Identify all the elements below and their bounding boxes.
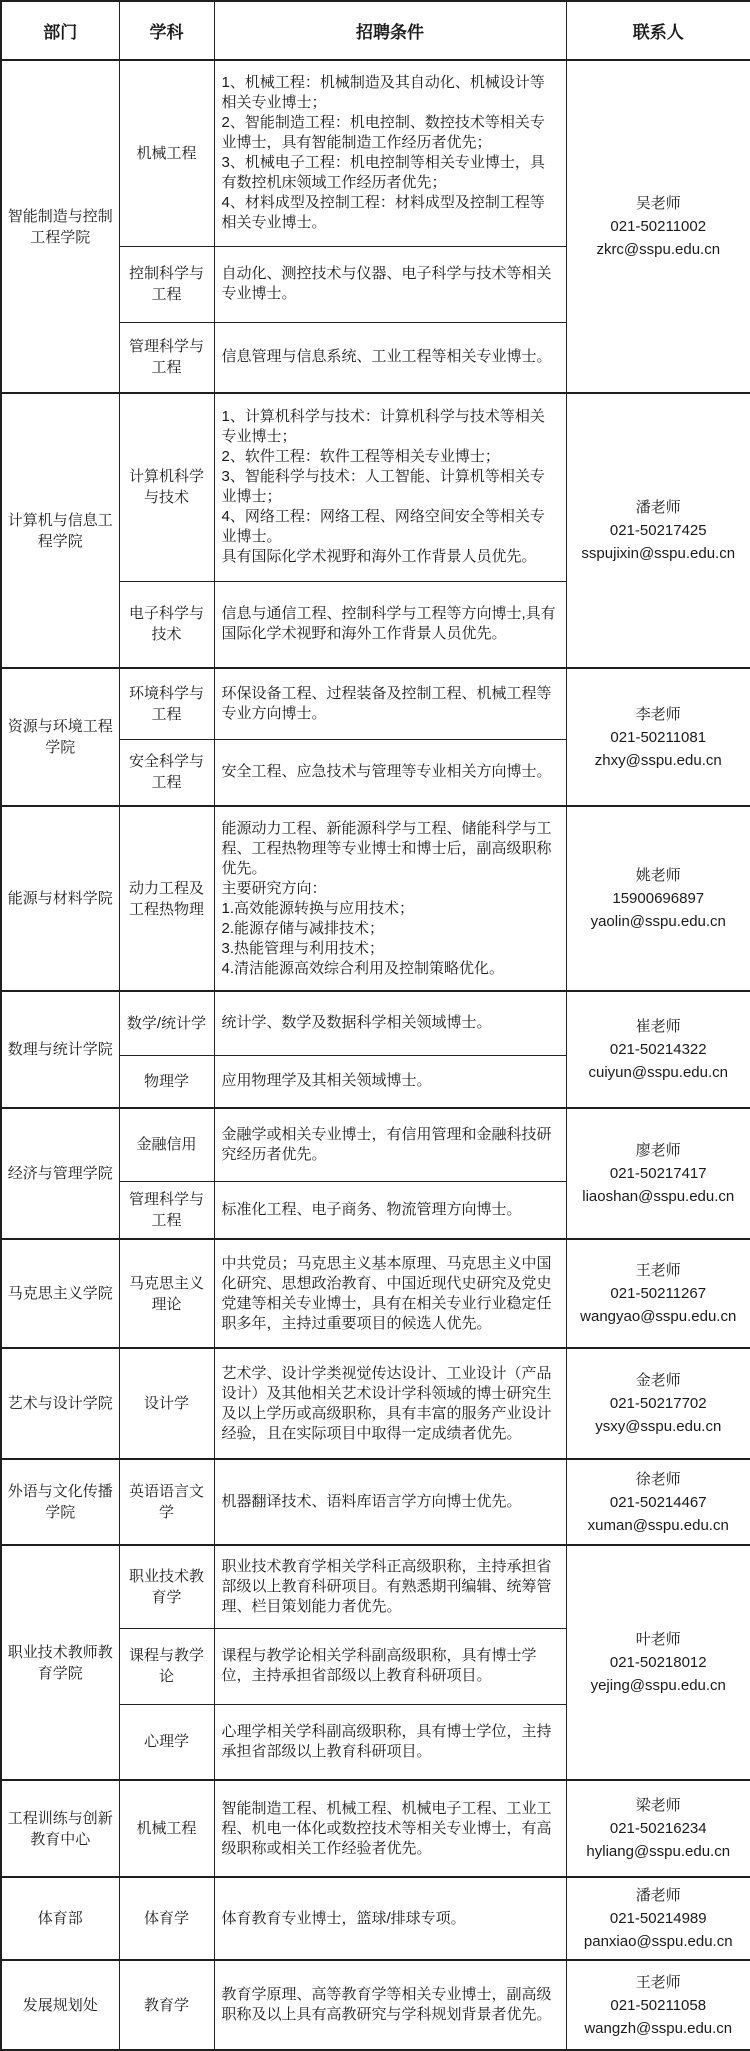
table-row: 经济与管理学院 金融信用 金融学或相关专业博士，有信用管理和金融科技研究经历者优… <box>1 1108 750 1181</box>
table-row: 工程训练与创新教育中心 机械工程 智能制造工程、机械工程、机械电子工程、工业工程… <box>1 1780 750 1877</box>
contact-name: 金老师 <box>570 1369 748 1392</box>
contact-phone: 021-50211267 <box>570 1282 748 1305</box>
contact-email: wangyao@sspu.edu.cn <box>570 1305 748 1328</box>
department-cell: 职业技术教师教育学院 <box>1 1545 119 1780</box>
discipline-cell: 动力工程及工程热物理 <box>119 806 214 991</box>
requirements-cell: 统计学、数学及数据科学相关领域博士。 <box>214 991 566 1055</box>
contact-phone: 021-50214322 <box>570 1038 748 1061</box>
requirements-cell: 1、机械工程：机械制造及其自动化、机械设计等相关专业博士； 2、智能制造工程：机… <box>214 60 566 246</box>
requirements-cell: 课程与教学论相关学科副高级职称，具有博士学位，主持承担省部级以上教育科研项目。 <box>214 1628 566 1704</box>
contact-cell: 王老师 021-50211058 wangzh@sspu.edu.cn <box>566 1960 750 2050</box>
contact-name: 李老师 <box>570 703 748 726</box>
contact-email: cuiyun@sspu.edu.cn <box>570 1061 748 1084</box>
contact-name: 叶老师 <box>570 1628 748 1651</box>
col-header-department: 部门 <box>1 1 119 60</box>
table-row: 体育部 体育学 体育教育专业博士，篮球/排球专项。 潘老师 021-502149… <box>1 1877 750 1960</box>
header-row: 部门 学科 招聘条件 联系人 <box>1 1 750 60</box>
contact-name: 梁老师 <box>570 1794 748 1817</box>
col-header-discipline: 学科 <box>119 1 214 60</box>
requirements-cell: 环保设备工程、过程装备及控制工程、机械工程等专业方向博士。 <box>214 668 566 739</box>
discipline-cell: 安全科学与工程 <box>119 739 214 806</box>
contact-phone: 021-50214467 <box>570 1491 748 1514</box>
department-cell: 发展规划处 <box>1 1960 119 2050</box>
contact-phone: 021-50211081 <box>570 726 748 749</box>
requirements-cell: 体育教育专业博士，篮球/排球专项。 <box>214 1877 566 1960</box>
col-header-contact: 联系人 <box>566 1 750 60</box>
contact-name: 王老师 <box>570 1971 748 1994</box>
department-cell: 马克思主义学院 <box>1 1239 119 1348</box>
requirements-cell: 智能制造工程、机械工程、机械电子工程、工业工程、机电一体化或数控技术等相关专业博… <box>214 1780 566 1877</box>
discipline-cell: 计算机科学与技术 <box>119 393 214 581</box>
contact-phone: 021-50214989 <box>570 1907 748 1930</box>
contact-name: 徐老师 <box>570 1468 748 1491</box>
contact-phone: 021-50216234 <box>570 1817 748 1840</box>
requirements-cell: 标准化工程、电子商务、物流管理方向博士。 <box>214 1181 566 1239</box>
contact-email: panxiao@sspu.edu.cn <box>570 1930 748 1953</box>
contact-name: 王老师 <box>570 1259 748 1282</box>
requirements-cell: 机器翻译技术、语料库语言学方向博士优先。 <box>214 1459 566 1545</box>
contact-email: yejing@sspu.edu.cn <box>570 1674 748 1697</box>
contact-name: 潘老师 <box>570 496 748 519</box>
contact-email: zkrc@sspu.edu.cn <box>570 238 748 261</box>
contact-email: sspujixin@sspu.edu.cn <box>570 542 748 565</box>
department-cell: 计算机与信息工程学院 <box>1 393 119 668</box>
col-header-requirements: 招聘条件 <box>214 1 566 60</box>
table-header: 部门 学科 招聘条件 联系人 <box>1 1 750 60</box>
contact-cell: 崔老师 021-50214322 cuiyun@sspu.edu.cn <box>566 991 750 1108</box>
discipline-cell: 管理科学与工程 <box>119 1181 214 1239</box>
discipline-cell: 管理科学与工程 <box>119 322 214 393</box>
discipline-cell: 马克思主义理论 <box>119 1239 214 1348</box>
discipline-cell: 心理学 <box>119 1704 214 1780</box>
discipline-cell: 控制科学与工程 <box>119 246 214 322</box>
discipline-cell: 机械工程 <box>119 1780 214 1877</box>
table-row: 发展规划处 教育学 教育学原理、高等教育学等相关专业博士，副高级职称及以上具有高… <box>1 1960 750 2050</box>
department-cell: 工程训练与创新教育中心 <box>1 1780 119 1877</box>
discipline-cell: 体育学 <box>119 1877 214 1960</box>
contact-cell: 潘老师 021-50214989 panxiao@sspu.edu.cn <box>566 1877 750 1960</box>
discipline-cell: 课程与教学论 <box>119 1628 214 1704</box>
discipline-cell: 物理学 <box>119 1055 214 1108</box>
contact-name: 廖老师 <box>570 1139 748 1162</box>
contact-email: xuman@sspu.edu.cn <box>570 1514 748 1537</box>
table-row: 职业技术教师教育学院 职业技术教育学 职业技术教育学相关学科正高级职称，主持承担… <box>1 1545 750 1628</box>
contact-email: ysxy@sspu.edu.cn <box>570 1415 748 1438</box>
department-cell: 外语与文化传播学院 <box>1 1459 119 1545</box>
table-row: 资源与环境工程学院 环境科学与工程 环保设备工程、过程装备及控制工程、机械工程等… <box>1 668 750 739</box>
contact-phone: 15900696897 <box>570 887 748 910</box>
requirements-cell: 心理学相关学科副高级职称，具有博士学位，主持承担省部级以上教育科研项目。 <box>214 1704 566 1780</box>
requirements-cell: 信息管理与信息系统、工业工程等相关专业博士。 <box>214 322 566 393</box>
contact-email: yaolin@sspu.edu.cn <box>570 910 748 933</box>
requirements-cell: 1、计算机科学与技术：计算机科学与技术等相关专业博士； 2、软件工程：软件工程等… <box>214 393 566 581</box>
table-row: 外语与文化传播学院 英语语言文学 机器翻译技术、语料库语言学方向博士优先。 徐老… <box>1 1459 750 1545</box>
department-cell: 数理与统计学院 <box>1 991 119 1108</box>
requirements-cell: 安全工程、应急技术与管理等专业相关方向博士。 <box>214 739 566 806</box>
contact-cell: 廖老师 021-50217417 liaoshan@sspu.edu.cn <box>566 1108 750 1239</box>
contact-cell: 吴老师 021-50211002 zkrc@sspu.edu.cn <box>566 60 750 393</box>
contact-phone: 021-50218012 <box>570 1651 748 1674</box>
contact-cell: 王老师 021-50211267 wangyao@sspu.edu.cn <box>566 1239 750 1348</box>
contact-cell: 梁老师 021-50216234 hyliang@sspu.edu.cn <box>566 1780 750 1877</box>
contact-email: wangzh@sspu.edu.cn <box>570 2017 748 2040</box>
discipline-cell: 环境科学与工程 <box>119 668 214 739</box>
requirements-cell: 应用物理学及其相关领域博士。 <box>214 1055 566 1108</box>
contact-email: zhxy@sspu.edu.cn <box>570 749 748 772</box>
department-cell: 智能制造与控制工程学院 <box>1 60 119 393</box>
requirements-cell: 信息与通信工程、控制科学与工程等方向博士,具有国际化学术视野和海外工作背景人员优… <box>214 581 566 668</box>
requirements-cell: 艺术学、设计学类视觉传达设计、工业设计（产品设计）及其他相关艺术设计学科领域的博… <box>214 1348 566 1459</box>
requirements-cell: 教育学原理、高等教育学等相关专业博士，副高级职称及以上具有高教研究与学科规划背景… <box>214 1960 566 2050</box>
contact-email: liaoshan@sspu.edu.cn <box>570 1185 748 1208</box>
contact-email: hyliang@sspu.edu.cn <box>570 1840 748 1863</box>
requirements-cell: 职业技术教育学相关学科正高级职称，主持承担省部级以上教育科研项目。有熟悉期刊编辑… <box>214 1545 566 1628</box>
requirements-cell: 金融学或相关专业博士，有信用管理和金融科技研究经历者优先。 <box>214 1108 566 1181</box>
requirements-cell: 自动化、测控技术与仪器、电子科学与技术等相关专业博士。 <box>214 246 566 322</box>
contact-name: 崔老师 <box>570 1015 748 1038</box>
discipline-cell: 设计学 <box>119 1348 214 1459</box>
department-cell: 体育部 <box>1 1877 119 1960</box>
table-row: 智能制造与控制工程学院 机械工程 1、机械工程：机械制造及其自动化、机械设计等相… <box>1 60 750 246</box>
recruitment-table: 部门 学科 招聘条件 联系人 智能制造与控制工程学院 机械工程 1、机械工程：机… <box>0 0 750 2051</box>
department-cell: 艺术与设计学院 <box>1 1348 119 1459</box>
requirements-cell: 能源动力工程、新能源科学与工程、储能科学与工程、工程热物理等专业博士和博士后，副… <box>214 806 566 991</box>
contact-cell: 徐老师 021-50214467 xuman@sspu.edu.cn <box>566 1459 750 1545</box>
contact-name: 吴老师 <box>570 192 748 215</box>
contact-cell: 潘老师 021-50217425 sspujixin@sspu.edu.cn <box>566 393 750 668</box>
contact-cell: 金老师 021-50217702 ysxy@sspu.edu.cn <box>566 1348 750 1459</box>
department-cell: 能源与材料学院 <box>1 806 119 991</box>
table-row: 数理与统计学院 数学/统计学 统计学、数学及数据科学相关领域博士。 崔老师 02… <box>1 991 750 1055</box>
contact-name: 姚老师 <box>570 864 748 887</box>
discipline-cell: 英语语言文学 <box>119 1459 214 1545</box>
contact-phone: 021-50211002 <box>570 215 748 238</box>
contact-name: 潘老师 <box>570 1884 748 1907</box>
discipline-cell: 金融信用 <box>119 1108 214 1181</box>
contact-phone: 021-50217417 <box>570 1162 748 1185</box>
contact-phone: 021-50217425 <box>570 519 748 542</box>
discipline-cell: 教育学 <box>119 1960 214 2050</box>
discipline-cell: 电子科学与技术 <box>119 581 214 668</box>
contact-cell: 李老师 021-50211081 zhxy@sspu.edu.cn <box>566 668 750 806</box>
department-cell: 资源与环境工程学院 <box>1 668 119 806</box>
table-row: 计算机与信息工程学院 计算机科学与技术 1、计算机科学与技术：计算机科学与技术等… <box>1 393 750 581</box>
contact-cell: 姚老师 15900696897 yaolin@sspu.edu.cn <box>566 806 750 991</box>
contact-phone: 021-50211058 <box>570 1994 748 2017</box>
table-row: 能源与材料学院 动力工程及工程热物理 能源动力工程、新能源科学与工程、储能科学与… <box>1 806 750 991</box>
discipline-cell: 职业技术教育学 <box>119 1545 214 1628</box>
table-row: 马克思主义学院 马克思主义理论 中共党员；马克思主义基本原理、马克思主义中国化研… <box>1 1239 750 1348</box>
department-cell: 经济与管理学院 <box>1 1108 119 1239</box>
contact-cell: 叶老师 021-50218012 yejing@sspu.edu.cn <box>566 1545 750 1780</box>
discipline-cell: 数学/统计学 <box>119 991 214 1055</box>
contact-phone: 021-50217702 <box>570 1392 748 1415</box>
requirements-cell: 中共党员；马克思主义基本原理、马克思主义中国化研究、思想政治教育、中国近现代史研… <box>214 1239 566 1348</box>
table-row: 艺术与设计学院 设计学 艺术学、设计学类视觉传达设计、工业设计（产品设计）及其他… <box>1 1348 750 1459</box>
discipline-cell: 机械工程 <box>119 60 214 246</box>
